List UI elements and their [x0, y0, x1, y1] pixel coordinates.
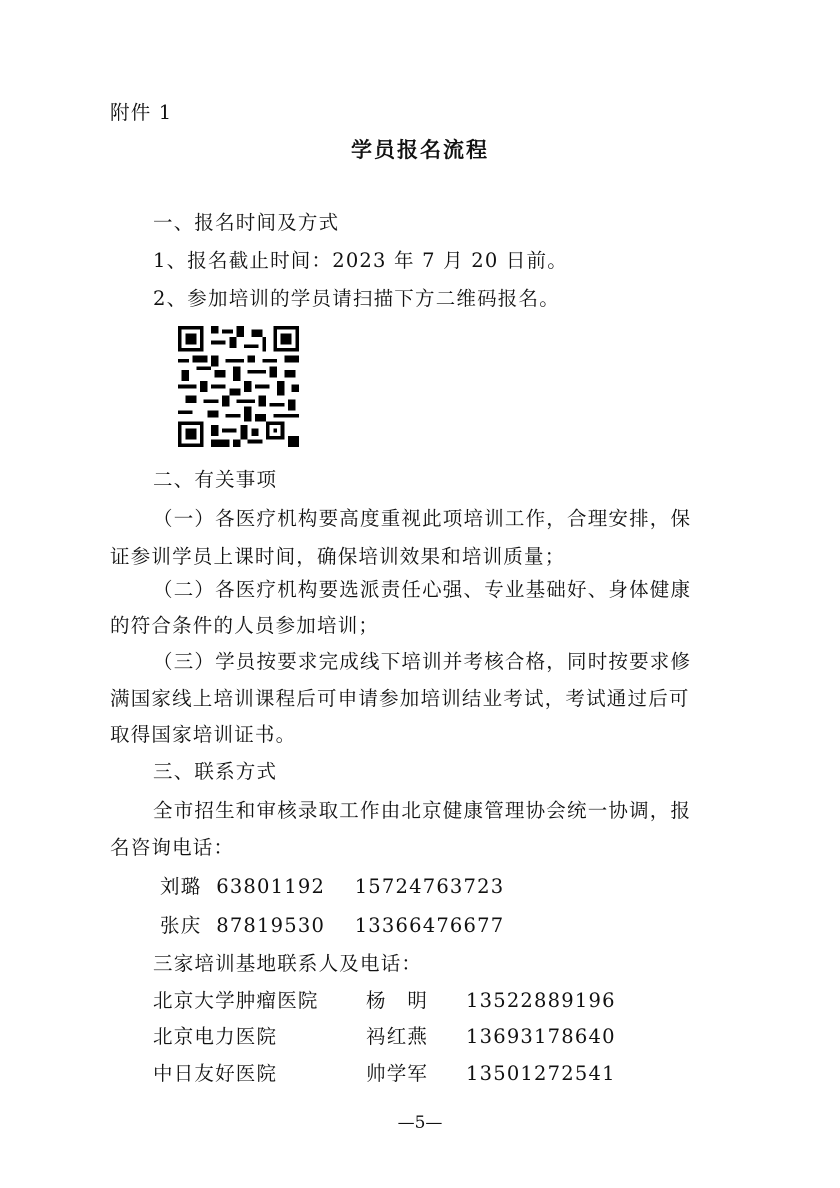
base-mobile: 13693178640 — [466, 1023, 616, 1051]
document-page: 附件 1 学员报名流程 一、报名时间及方式 1、报名截止时间：2023 年 7 … — [0, 0, 840, 1188]
base-person: 祃红燕 — [366, 1023, 466, 1051]
item-three-line1: （三）学员按要求完成线下培训并考核合格，同时按要求修 — [153, 648, 691, 676]
base-mobile: 13522889196 — [466, 987, 616, 1015]
base-person: 杨 明 — [366, 987, 466, 1015]
base-mobile: 13501272541 — [466, 1060, 616, 1088]
section1-heading: 一、报名时间及方式 — [153, 209, 339, 237]
page-title: 学员报名流程 — [0, 136, 840, 164]
consult-contact: 张庆 87819530 13366476677 — [160, 912, 504, 940]
contact-phone: 63801192 — [216, 875, 325, 898]
base-org: 北京大学肿瘤医院 — [153, 987, 366, 1015]
consult-contact: 刘璐 63801192 15724763723 — [160, 873, 504, 901]
deadline-text: 1、报名截止时间：2023 年 7 月 20 日前。 — [153, 247, 568, 275]
item-three-line2: 满国家线上培训课程后可申请参加培训结业考试，考试通过后可 — [110, 685, 690, 713]
contact-mobile: 15724763723 — [355, 875, 505, 898]
contact-intro-line1: 全市招生和审核录取工作由北京健康管理协会统一协调，报 — [153, 797, 691, 825]
contact-name: 张庆 — [160, 914, 201, 937]
item-two-line2: 的符合条件的人员参加培训； — [110, 612, 379, 640]
base-org: 中日友好医院 — [153, 1060, 366, 1088]
qr-instruction: 2、参加培训的学员请扫描下方二维码报名。 — [153, 285, 560, 313]
base-contact-row: 北京大学肿瘤医院杨 明13522889196 — [153, 987, 616, 1015]
section2-heading: 二、有关事项 — [153, 466, 277, 494]
contact-phone: 87819530 — [216, 914, 325, 937]
contact-mobile: 13366476677 — [355, 914, 505, 937]
item-one-line2: 证参训学员上课时间，确保培训效果和培训质量； — [110, 543, 565, 571]
contact-name: 刘璐 — [160, 875, 201, 898]
item-three-line3: 取得国家培训证书。 — [110, 721, 296, 749]
bases-heading: 三家培训基地联系人及电话： — [153, 950, 422, 978]
base-org: 北京电力医院 — [153, 1023, 366, 1051]
base-contact-row: 中日友好医院帅学军13501272541 — [153, 1060, 616, 1088]
contact-intro-line2: 名咨询电话： — [110, 834, 234, 862]
base-person: 帅学军 — [366, 1060, 466, 1088]
item-two-line1: （二）各医疗机构要选派责任心强、专业基础好、身体健康 — [153, 576, 691, 604]
page-number: —5— — [0, 1113, 840, 1133]
attachment-label: 附件 1 — [110, 99, 172, 127]
qr-code-image — [177, 326, 300, 447]
item-one-line1: （一）各医疗机构要高度重视此项培训工作，合理安排，保 — [153, 505, 691, 533]
section3-heading: 三、联系方式 — [153, 758, 277, 786]
base-contact-row: 北京电力医院祃红燕13693178640 — [153, 1023, 616, 1051]
